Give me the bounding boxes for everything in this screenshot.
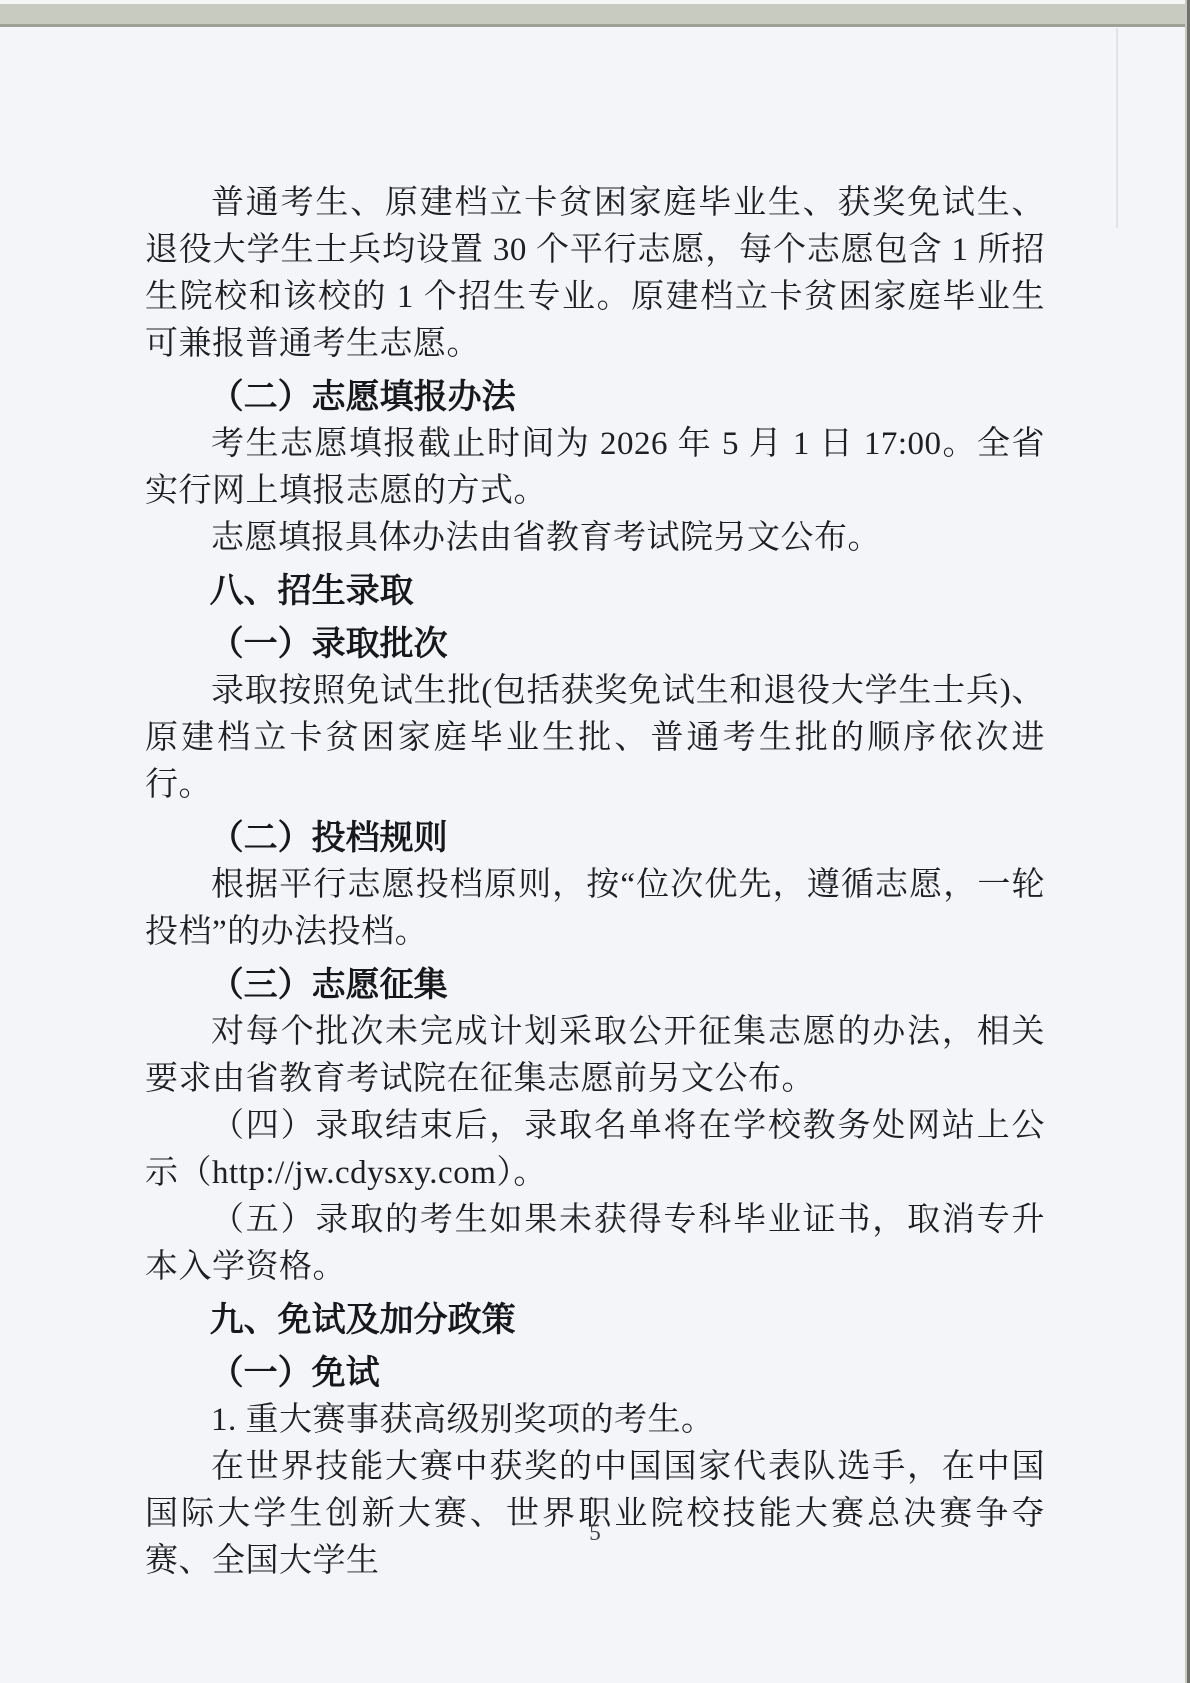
heading-section-8-admission: 八、招生录取	[145, 568, 1045, 615]
scanned-document-page: 普通考生、原建档立卡贫困家庭毕业生、获奖免试生、退役大学生士兵均设置 30 个平…	[0, 0, 1190, 1683]
heading-volunteer-filing-method: （二）志愿填报办法	[145, 374, 1045, 421]
scan-top-band-artifact	[0, 4, 1190, 27]
paragraph-major-competition: 1. 重大赛事获高级别奖项的考生。	[145, 1397, 1045, 1444]
paragraph-filing-deadline: 考生志愿填报截止时间为 2026 年 5 月 1 日 17:00。全省实行网上填…	[145, 421, 1045, 515]
paragraph-filing-details: 志愿填报具体办法由省教育考试院另文公布。	[145, 515, 1045, 562]
heading-filing-rules: （二）投档规则	[145, 815, 1045, 862]
heading-admission-batches: （一）录取批次	[145, 621, 1045, 668]
paragraph-admission-publicity: （四）录取结束后，录取名单将在学校教务处网站上公示（http://jw.cdys…	[145, 1103, 1045, 1197]
heading-section-9-exemption: 九、免试及加分政策	[145, 1297, 1045, 1344]
paragraph-volunteer-setup: 普通考生、原建档立卡贫困家庭毕业生、获奖免试生、退役大学生士兵均设置 30 个平…	[145, 180, 1045, 368]
page-number: 5	[145, 1518, 1045, 1548]
paragraph-world-skills: 在世界技能大赛中获奖的中国国家代表队选手，在中国国际大学生创新大赛、世界职业院校…	[145, 1444, 1045, 1585]
paragraph-parallel-volunteer-rule: 根据平行志愿投档原则，按“位次优先，遵循志愿，一轮投档”的办法投档。	[145, 862, 1045, 956]
paragraph-diploma-requirement: （五）录取的考生如果未获得专科毕业证书，取消专升本入学资格。	[145, 1197, 1045, 1291]
heading-exemption: （一）免试	[145, 1350, 1045, 1397]
paragraph-batch-order: 录取按照免试生批(包括获奖免试生和退役大学生士兵)、原建档立卡贫困家庭毕业生批、…	[145, 668, 1045, 809]
paragraph-collection-method: 对每个批次未完成计划采取公开征集志愿的办法，相关要求由省教育考试院在征集志愿前另…	[145, 1009, 1045, 1103]
scan-crease-line	[1116, 28, 1118, 228]
document-body: 普通考生、原建档立卡贫困家庭毕业生、获奖免试生、退役大学生士兵均设置 30 个平…	[145, 180, 1045, 1585]
scan-right-edge-artifact	[1185, 0, 1190, 1683]
heading-volunteer-collection: （三）志愿征集	[145, 962, 1045, 1009]
